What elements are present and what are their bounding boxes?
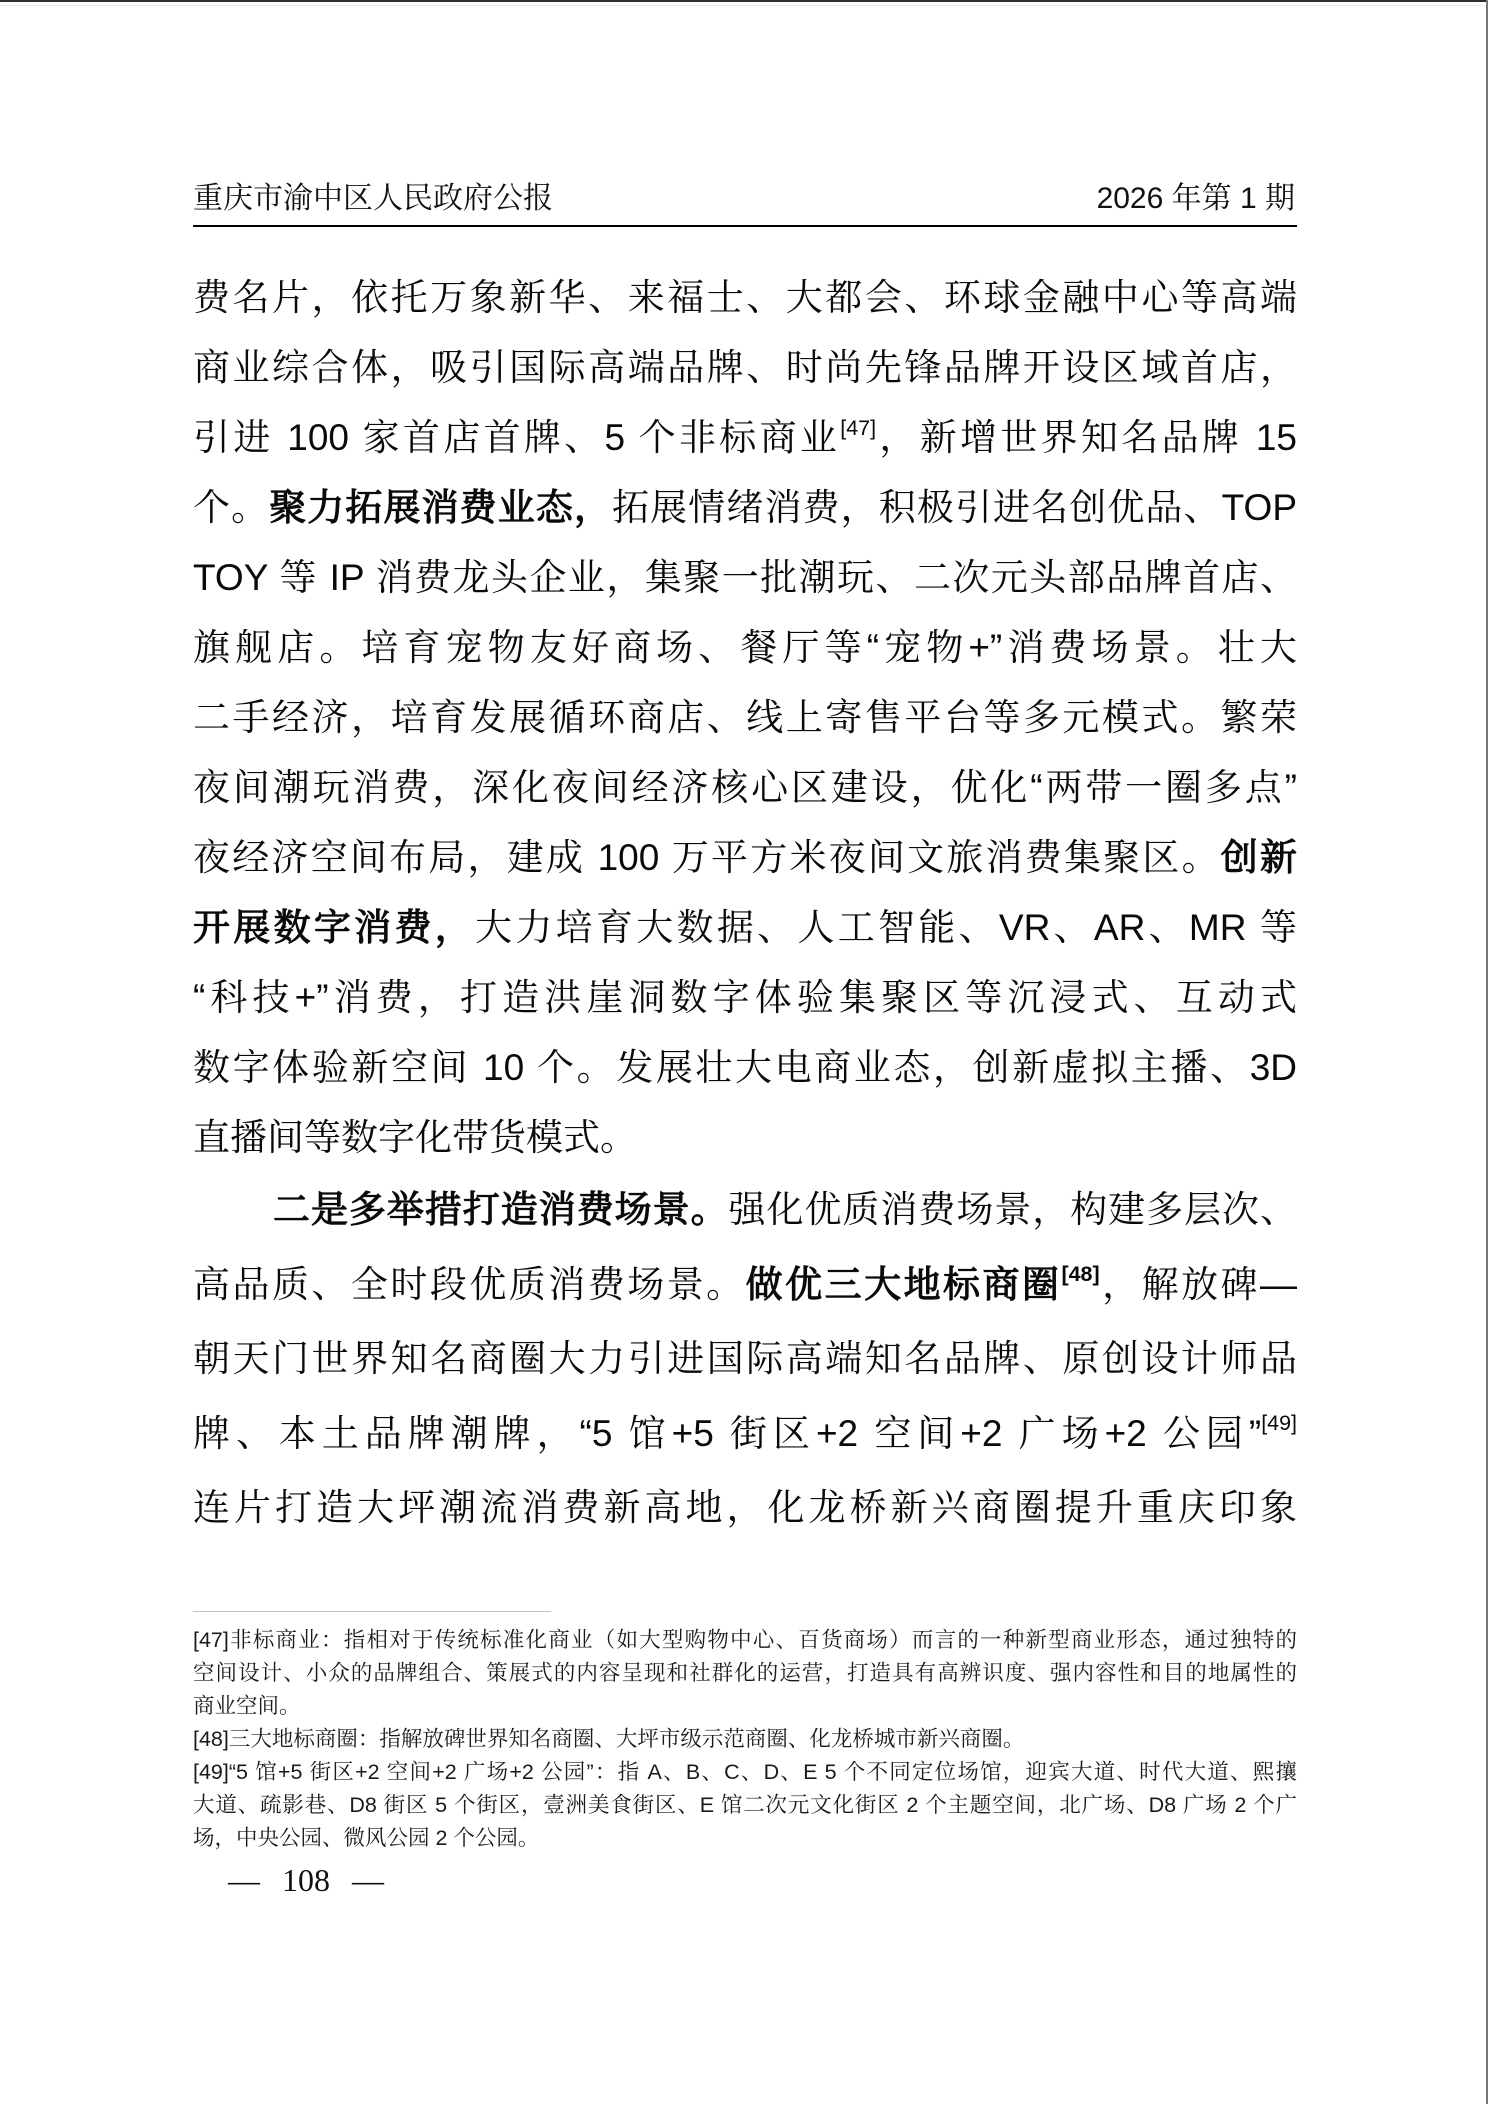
page-top-border: [0, 0, 1488, 2]
footnotes: [47]非标商业：指相对于传统标准化商业（如大型购物中心、百货商场）而言的一种新…: [193, 1624, 1297, 1855]
text-line: 费名片，依托万象新华、来福士、大都会、环球金融中心等高端: [193, 263, 1297, 333]
text-line: 二是多举措打造消费场景。强化优质消费场景，构建多层次、: [193, 1173, 1297, 1248]
paragraph-consumption-formats: 费名片，依托万象新华、来福士、大都会、环球金融中心等高端 商业综合体，吸引国际高…: [193, 263, 1297, 1173]
text-run: 强化优质消费场景，构建多层次、: [729, 1189, 1297, 1230]
emphasis-heading: 做优三大地标商圈: [746, 1264, 1062, 1305]
footnote-text: 商业空间。: [193, 1694, 301, 1718]
issue-number: 2026 年第 1 期: [193, 181, 1295, 217]
footnote-line: [47]非标商业：指相对于传统标准化商业（如大型购物中心、百货商场）而言的一种新…: [193, 1624, 1297, 1657]
text-line: 引进 100 家首店首牌、5 个非标商业[47]，新增世界知名品牌 15: [193, 403, 1297, 473]
text-line: 个。聚力拓展消费业态，拓展情绪消费，积极引进名创优品、TOP: [193, 473, 1297, 543]
page-top-border-shadow: [0, 5, 1488, 6]
footnote-ref-48: [48]: [1061, 1262, 1099, 1286]
text-line: “科技+”消费，打造洪崖洞数字体验集聚区等沉浸式、互动式: [193, 963, 1297, 1033]
text-line: 朝天门世界知名商圈大力引进国际高端知名品牌、原创设计师品: [193, 1322, 1297, 1397]
text-run: 直播间等数字化带货模式。: [193, 1117, 637, 1158]
footnote-text: 非标商业：指相对于传统标准化商业（如大型购物中心、百货商场）而言的一种新型商业形…: [229, 1628, 1297, 1652]
text-run: ，新增世界知名品牌 15: [876, 417, 1297, 458]
text-line: 数字体验新空间 10 个。发展壮大电商业态，创新虚拟主播、3D: [193, 1033, 1297, 1103]
footnote-ref-49: [49]: [1261, 1411, 1297, 1435]
text-line: 旗舰店。培育宠物友好商场、餐厅等“宠物+”消费场景。壮大: [193, 613, 1297, 683]
emphasis-heading: 开展数字消费，: [193, 907, 475, 948]
footnote-text: “5 馆+5 街区+2 空间+2 广场+2 公园”：指 A、B、C、D、E 5 …: [229, 1760, 1297, 1784]
text-line: 连片打造大坪潮流消费新高地，化龙桥新兴商圈提升重庆印象: [193, 1471, 1297, 1546]
emphasis-heading: 创新: [1221, 837, 1297, 878]
text-run: 二手经济，培育发展循环商店、线上寄售平台等多元模式。繁荣: [193, 697, 1297, 738]
text-line: TOY 等 IP 消费龙头企业，集聚一批潮玩、二次元头部品牌首店、: [193, 543, 1297, 613]
footnote-47: [47]非标商业：指相对于传统标准化商业（如大型购物中心、百货商场）而言的一种新…: [193, 1624, 1297, 1723]
text-run: 朝天门世界知名商圈大力引进国际高端知名品牌、原创设计师品: [193, 1338, 1297, 1379]
text-run: TOY 等 IP 消费龙头企业，集聚一批潮玩、二次元头部品牌首店、: [193, 557, 1297, 598]
footnote-ref-47: [47]: [840, 416, 876, 440]
text-line: 商业综合体，吸引国际高端品牌、时尚先锋品牌开设区域首店，: [193, 333, 1297, 403]
emphasis-heading: 聚力拓展消费业态，: [269, 487, 612, 528]
footnote-text: 空间设计、小众的品牌组合、策展式的内容呈现和社群化的运营，打造具有高辨识度、强内…: [193, 1661, 1297, 1685]
header-divider: [193, 225, 1297, 227]
text-line: 直播间等数字化带货模式。: [193, 1103, 1297, 1173]
footnote-line: [48]三大地标商圈：指解放碑世界知名商圈、大坪市级示范商圈、化龙桥城市新兴商圈…: [193, 1723, 1297, 1756]
footnote-line: [49]“5 馆+5 街区+2 空间+2 广场+2 公园”：指 A、B、C、D、…: [193, 1756, 1297, 1789]
text-line: 牌、本土品牌潮牌，“5 馆+5 街区+2 空间+2 广场+2 公园”[49]: [193, 1397, 1297, 1472]
footnote-line: 商业空间。: [193, 1690, 1297, 1723]
text-run: 夜经济空间布局，建成 100 万平方米夜间文旅消费集聚区。: [193, 837, 1221, 878]
footnote-line: 场，中央公园、微风公园 2 个公园。: [193, 1822, 1297, 1855]
text-run: 牌、本土品牌潮牌，“5 馆+5 街区+2 空间+2 广场+2 公园”: [193, 1413, 1261, 1454]
text-line: 开展数字消费，大力培育大数据、人工智能、VR、AR、MR 等: [193, 893, 1297, 963]
text-run: ，解放碑—: [1100, 1264, 1297, 1305]
paragraph-consumption-scenes: 二是多举措打造消费场景。强化优质消费场景，构建多层次、 高品质、全时段优质消费场…: [193, 1173, 1297, 1546]
page-number: — 108 —: [228, 1861, 384, 1899]
text-run: 拓展情绪消费，积极引进名创优品、TOP: [612, 487, 1297, 528]
footnote-marker: [49]: [193, 1760, 229, 1784]
text-run: 夜间潮玩消费，深化夜间经济核心区建设，优化“两带一圈多点”: [193, 767, 1297, 808]
text-run: 商业综合体，吸引国际高端品牌、时尚先锋品牌开设区域首店，: [193, 347, 1297, 388]
text-run: 连片打造大坪潮流消费新高地，化龙桥新兴商圈提升重庆印象: [193, 1487, 1297, 1528]
footnote-marker: [47]: [193, 1628, 229, 1652]
footnote-marker: [48]: [193, 1727, 229, 1751]
text-line: 夜经济空间布局，建成 100 万平方米夜间文旅消费集聚区。创新: [193, 823, 1297, 893]
text-run: 个。: [193, 487, 269, 528]
footnote-separator: [193, 1611, 551, 1612]
text-line: 高品质、全时段优质消费场景。做优三大地标商圈[48]，解放碑—: [193, 1248, 1297, 1323]
footnote-text: 场，中央公园、微风公园 2 个公园。: [193, 1826, 539, 1850]
footnote-text: 大道、疏影巷、D8 街区 5 个街区，壹洲美食街区、E 馆二次元文化街区 2 个…: [193, 1793, 1297, 1817]
text-run: “科技+”消费，打造洪崖洞数字体验集聚区等沉浸式、互动式: [193, 977, 1297, 1018]
footnote-line: 大道、疏影巷、D8 街区 5 个街区，壹洲美食街区、E 馆二次元文化街区 2 个…: [193, 1789, 1297, 1822]
text-run: 费名片，依托万象新华、来福士、大都会、环球金融中心等高端: [193, 277, 1297, 318]
section-lead-heading: 二是多举措打造消费场景。: [273, 1189, 729, 1230]
text-run: 旗舰店。培育宠物友好商场、餐厅等“宠物+”消费场景。壮大: [193, 627, 1297, 668]
footnote-48: [48]三大地标商圈：指解放碑世界知名商圈、大坪市级示范商圈、化龙桥城市新兴商圈…: [193, 1723, 1297, 1756]
text-run: 引进 100 家首店首牌、5 个非标商业: [193, 417, 840, 458]
footnote-text: 三大地标商圈：指解放碑世界知名商圈、大坪市级示范商圈、化龙桥城市新兴商圈。: [229, 1727, 1025, 1751]
text-run: 数字体验新空间 10 个。发展壮大电商业态，创新虚拟主播、3D: [193, 1047, 1297, 1088]
text-line: 夜间潮玩消费，深化夜间经济核心区建设，优化“两带一圈多点”: [193, 753, 1297, 823]
text-line: 二手经济，培育发展循环商店、线上寄售平台等多元模式。繁荣: [193, 683, 1297, 753]
footnote-49: [49]“5 馆+5 街区+2 空间+2 广场+2 公园”：指 A、B、C、D、…: [193, 1756, 1297, 1855]
document-page: 重庆市渝中区人民政府公报 2026 年第 1 期 费名片，依托万象新华、来福士、…: [0, 0, 1488, 2104]
text-run: 大力培育大数据、人工智能、VR、AR、MR 等: [475, 907, 1297, 948]
footnote-line: 空间设计、小众的品牌组合、策展式的内容呈现和社群化的运营，打造具有高辨识度、强内…: [193, 1657, 1297, 1690]
text-run: 高品质、全时段优质消费场景。: [193, 1264, 746, 1305]
body-text: 费名片，依托万象新华、来福士、大都会、环球金融中心等高端 商业综合体，吸引国际高…: [193, 263, 1297, 1546]
